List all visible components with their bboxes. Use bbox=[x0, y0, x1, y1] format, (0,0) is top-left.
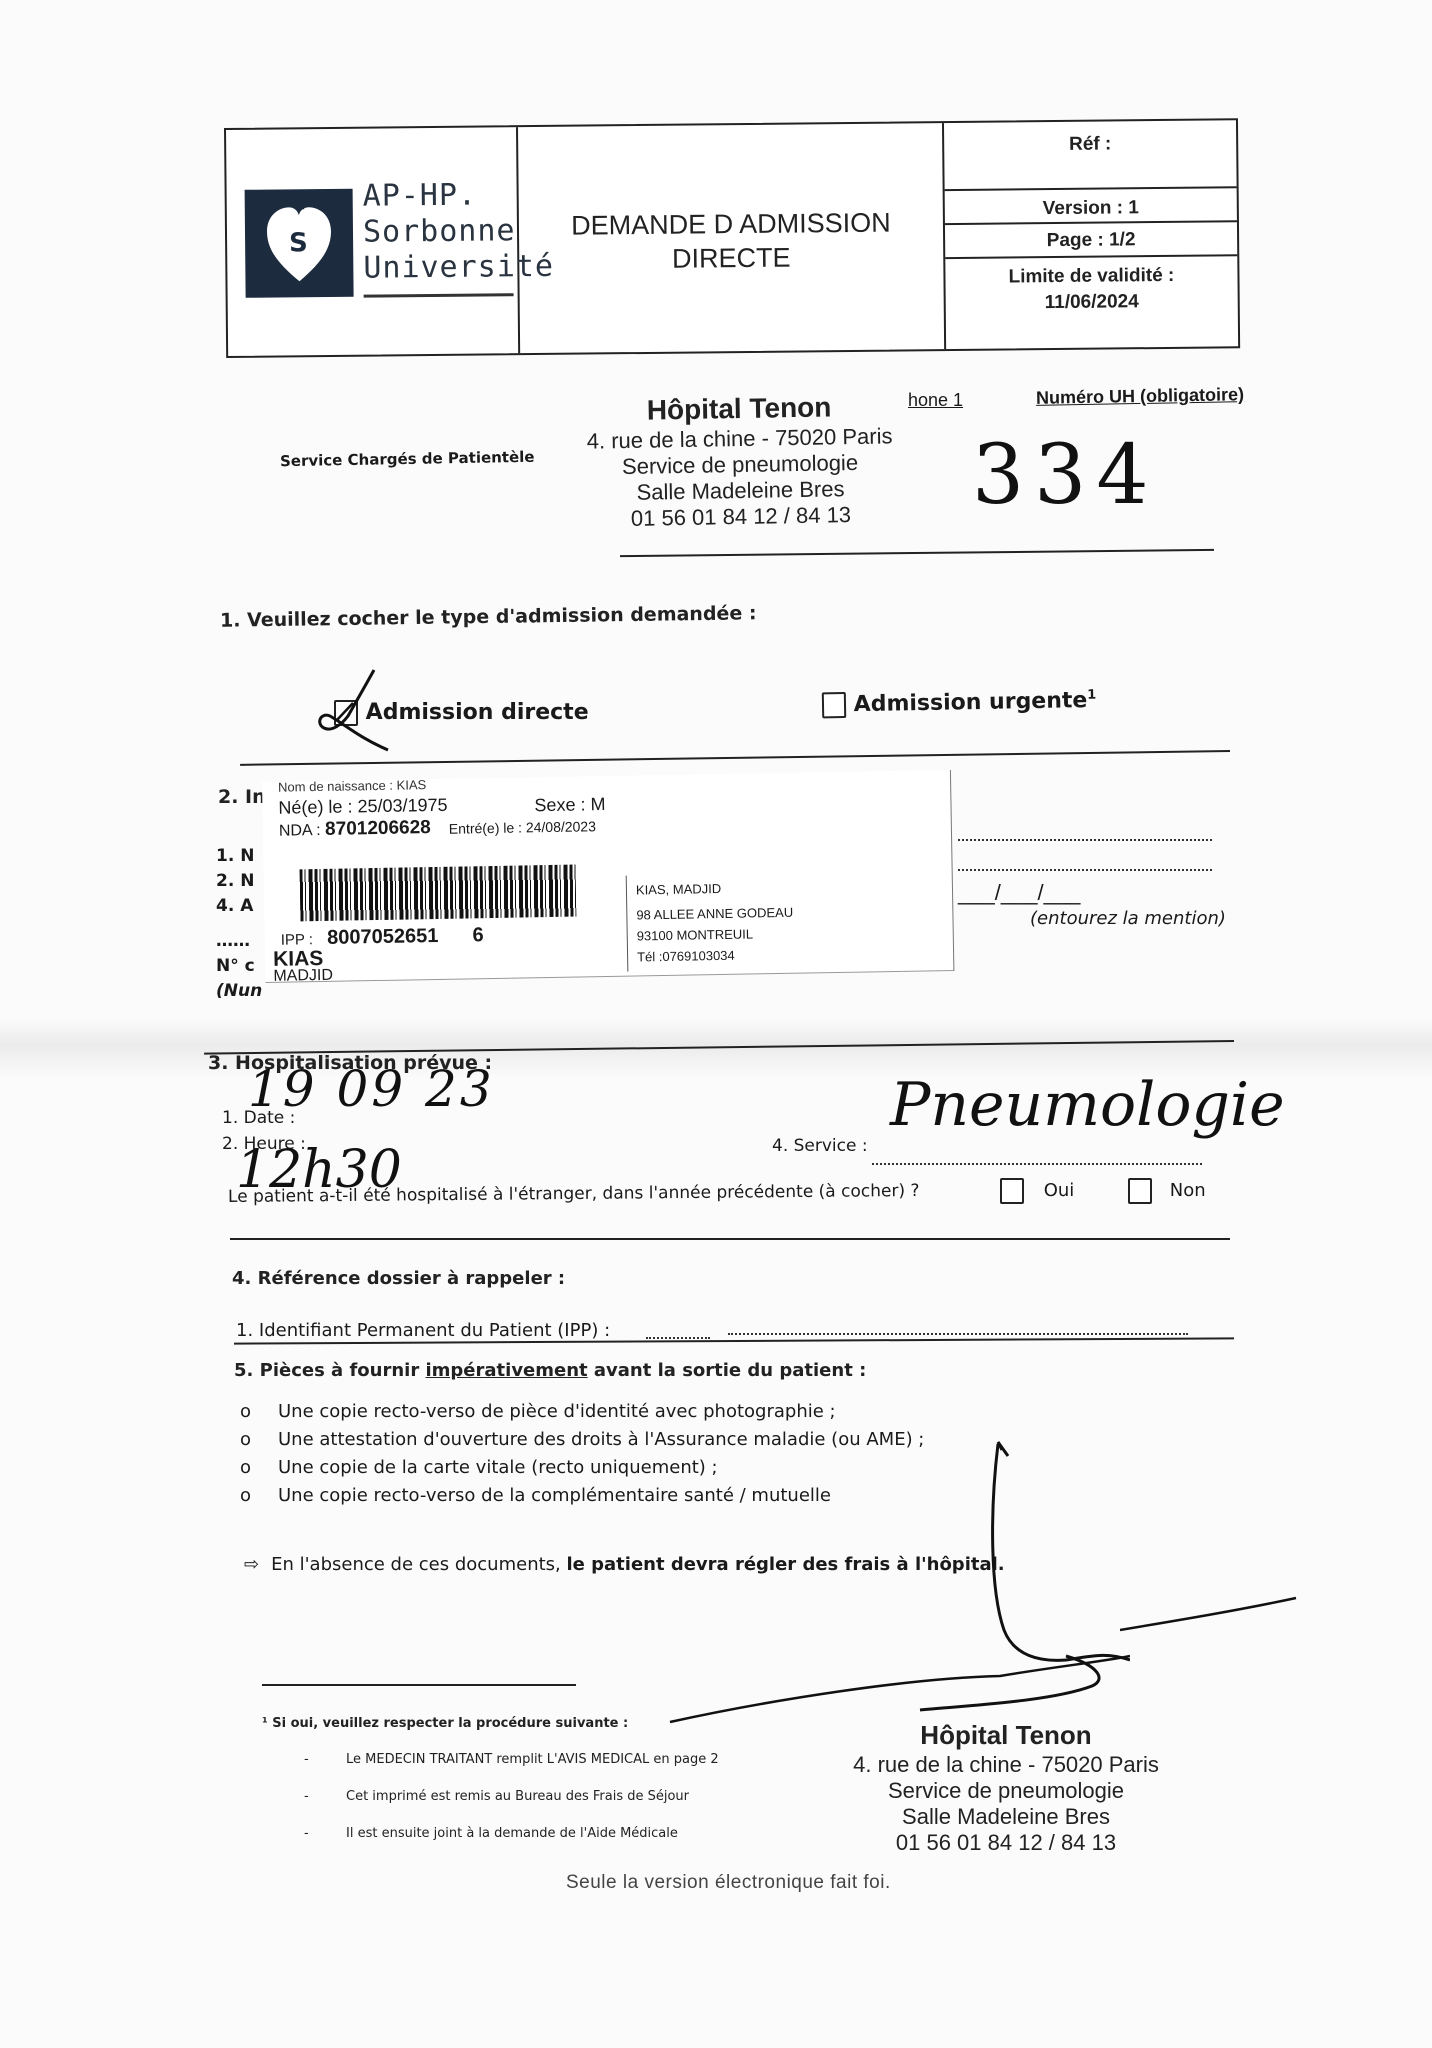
hospital-stamp-bottom: Hôpital Tenon 4. rue de la chine - 75020… bbox=[836, 1718, 1176, 1856]
title-line-1: DEMANDE D ADMISSION bbox=[519, 205, 943, 243]
section-5-title-pre: 5. Pièces à fournir bbox=[234, 1360, 426, 1381]
row-label: 2. N bbox=[216, 869, 262, 894]
ipp-reference-dots-2[interactable] bbox=[728, 1333, 1188, 1335]
row-label: …… bbox=[216, 929, 262, 954]
hospital-stamp-top: Hôpital Tenon 4. rue de la chine - 75020… bbox=[579, 389, 901, 533]
patient-label-sticker: Nom de naissance : KIAS Né(e) le : 25/03… bbox=[262, 770, 954, 983]
list-item: Le MEDECIN TRAITANT remplit L'AVIS MEDIC… bbox=[268, 1752, 719, 1767]
footnote-title: ¹ Si oui, veuillez respecter la procédur… bbox=[262, 1716, 628, 1731]
section-1-title: 1. Veuillez cocher le type d'admission d… bbox=[220, 602, 757, 631]
document-header: S AP-HP. Sorbonne Université DEMANDE D A… bbox=[224, 118, 1240, 358]
handwritten-check-mark bbox=[308, 668, 398, 754]
service-field-dots[interactable] bbox=[872, 1163, 1202, 1165]
hospital-name: Hôpital Tenon bbox=[579, 389, 900, 429]
hospital-phone: 01 56 01 84 12 / 84 13 bbox=[581, 501, 901, 533]
address-name: KIAS, MADJID bbox=[636, 877, 793, 901]
document-title: DEMANDE D ADMISSION DIRECTE bbox=[519, 205, 944, 277]
abroad-yes-option[interactable]: Oui bbox=[1000, 1178, 1074, 1204]
arrow-right-icon: ⇨ bbox=[244, 1554, 259, 1575]
list-item: Une copie recto-verso de pièce d'identit… bbox=[240, 1398, 924, 1426]
svg-text:S: S bbox=[289, 228, 308, 258]
list-item: Il est ensuite joint à la demande de l'A… bbox=[268, 1826, 719, 1841]
hospital-room: Salle Madeleine Bres bbox=[836, 1804, 1176, 1830]
version-label: Version : 1 bbox=[945, 196, 1237, 221]
abroad-yes-checkbox[interactable] bbox=[1000, 1178, 1024, 1204]
list-item: Cet imprimé est remis au Bureau des Frai… bbox=[268, 1789, 719, 1804]
page-label: Page : 1/2 bbox=[945, 228, 1237, 253]
ipp-value: 8007052651 bbox=[327, 925, 439, 949]
handwritten-signature bbox=[630, 1430, 1130, 1740]
validity-label: Limite de validité : bbox=[945, 264, 1237, 289]
admission-urgente-label: Admission urgente bbox=[853, 688, 1087, 717]
hospital-service: Service de pneumologie bbox=[836, 1778, 1176, 1804]
section-2-row-labels: 1. N 2. N 4. A …… N° c (Nun bbox=[216, 844, 262, 1004]
divider bbox=[945, 220, 1237, 225]
aphp-heart-logo-icon: S bbox=[245, 189, 354, 298]
abroad-no-checkbox[interactable] bbox=[1128, 1178, 1152, 1204]
footnote-divider bbox=[262, 1684, 576, 1686]
nda-label: NDA : bbox=[279, 822, 321, 840]
meta-cell: Réf : Version : 1 Page : 1/2 Limite de v… bbox=[944, 120, 1238, 349]
sex: Sexe : M bbox=[534, 794, 605, 816]
abroad-no-option[interactable]: Non bbox=[1128, 1178, 1206, 1204]
divider bbox=[945, 186, 1237, 191]
electronic-version-disclaimer: Seule la version électronique fait foi. bbox=[566, 1872, 891, 1894]
name-field-dots-2[interactable] bbox=[958, 858, 1212, 876]
row-label: (Nun bbox=[216, 979, 262, 1004]
date-value-handwritten[interactable]: 19 09 23 bbox=[248, 1060, 495, 1118]
service-field-label: 4. Service : bbox=[772, 1136, 868, 1156]
phone-fragment: hone 1 bbox=[908, 390, 963, 411]
address-line-2: 93100 MONTREUIL bbox=[637, 923, 794, 947]
title-cell: DEMANDE D ADMISSION DIRECTE bbox=[518, 123, 946, 353]
uh-value-handwritten[interactable]: 334 bbox=[972, 428, 1159, 523]
signature-tail bbox=[1120, 1590, 1300, 1640]
warning-pre: En l'absence de ces documents, bbox=[271, 1554, 566, 1575]
service-value-handwritten[interactable]: Pneumologie bbox=[890, 1070, 1285, 1140]
section-5-title-emphasis: impérativement bbox=[426, 1360, 588, 1381]
divider bbox=[945, 254, 1237, 259]
ipp-label: IPP : bbox=[281, 931, 314, 949]
row-label: 4. A bbox=[216, 894, 262, 919]
row-label: 1. N bbox=[216, 844, 262, 869]
patient-address-block: KIAS, MADJID 98 ALLEE ANNE GODEAU 93100 … bbox=[636, 877, 794, 968]
divider bbox=[620, 549, 1214, 557]
patient-first-name: MADJID bbox=[273, 967, 333, 986]
validity-date: 11/06/2024 bbox=[946, 290, 1238, 315]
ipp-suffix: 6 bbox=[472, 924, 484, 946]
mention-note: (entourez la mention) bbox=[1030, 908, 1226, 929]
section-4-title: 4. Référence dossier à rappeler : bbox=[232, 1268, 565, 1289]
section-5-title-post: avant la sortie du patient : bbox=[588, 1360, 867, 1381]
admission-directe-label: Admission directe bbox=[366, 700, 589, 725]
row-label: N° c bbox=[216, 954, 262, 979]
sticker-divider bbox=[626, 876, 629, 972]
footnote-list: Le MEDECIN TRAITANT remplit L'AVIS MEDIC… bbox=[268, 1752, 719, 1863]
section-5-title: 5. Pièces à fournir impérativement avant… bbox=[234, 1360, 866, 1381]
ipp-reference-dots-1[interactable] bbox=[646, 1337, 710, 1339]
abroad-no-label: Non bbox=[1170, 1180, 1206, 1201]
uh-label: Numéro UH (obligatoire) bbox=[1036, 384, 1244, 409]
option-admission-urgente[interactable]: Admission urgente1 bbox=[822, 688, 1097, 719]
hospital-address: 4. rue de la chine - 75020 Paris bbox=[836, 1752, 1176, 1778]
birth-date: Né(e) le : 25/03/1975 bbox=[278, 795, 447, 819]
address-phone: Tél :0769103034 bbox=[637, 944, 794, 968]
name-field-dots[interactable] bbox=[958, 828, 1212, 846]
entry-date: Entré(e) le : 24/08/2023 bbox=[449, 818, 596, 837]
admission-urgente-checkbox[interactable] bbox=[822, 692, 846, 718]
nda-value: 8701206628 bbox=[325, 817, 431, 840]
service-label: Service Chargés de Patientèle bbox=[280, 448, 535, 470]
hospital-name: Hôpital Tenon bbox=[836, 1718, 1176, 1752]
birth-name: Nom de naissance : KIAS bbox=[278, 777, 426, 795]
logo-cell: S AP-HP. Sorbonne Université bbox=[226, 127, 520, 356]
footnote-marker: 1 bbox=[1087, 688, 1096, 703]
ipp-reference-label: 1. Identifiant Permanent du Patient (IPP… bbox=[236, 1320, 610, 1341]
divider bbox=[230, 1238, 1230, 1240]
address-line-1: 98 ALLEE ANNE GODEAU bbox=[636, 902, 793, 926]
logo-underline bbox=[364, 293, 514, 297]
hospital-phone: 01 56 01 84 12 / 84 13 bbox=[836, 1830, 1176, 1856]
birth-date-field[interactable]: ___/___/___ bbox=[958, 880, 1080, 906]
abroad-yes-label: Oui bbox=[1044, 1180, 1075, 1201]
ref-label: Réf : bbox=[944, 132, 1236, 157]
barcode bbox=[300, 865, 577, 922]
title-line-2: DIRECTE bbox=[519, 239, 943, 277]
